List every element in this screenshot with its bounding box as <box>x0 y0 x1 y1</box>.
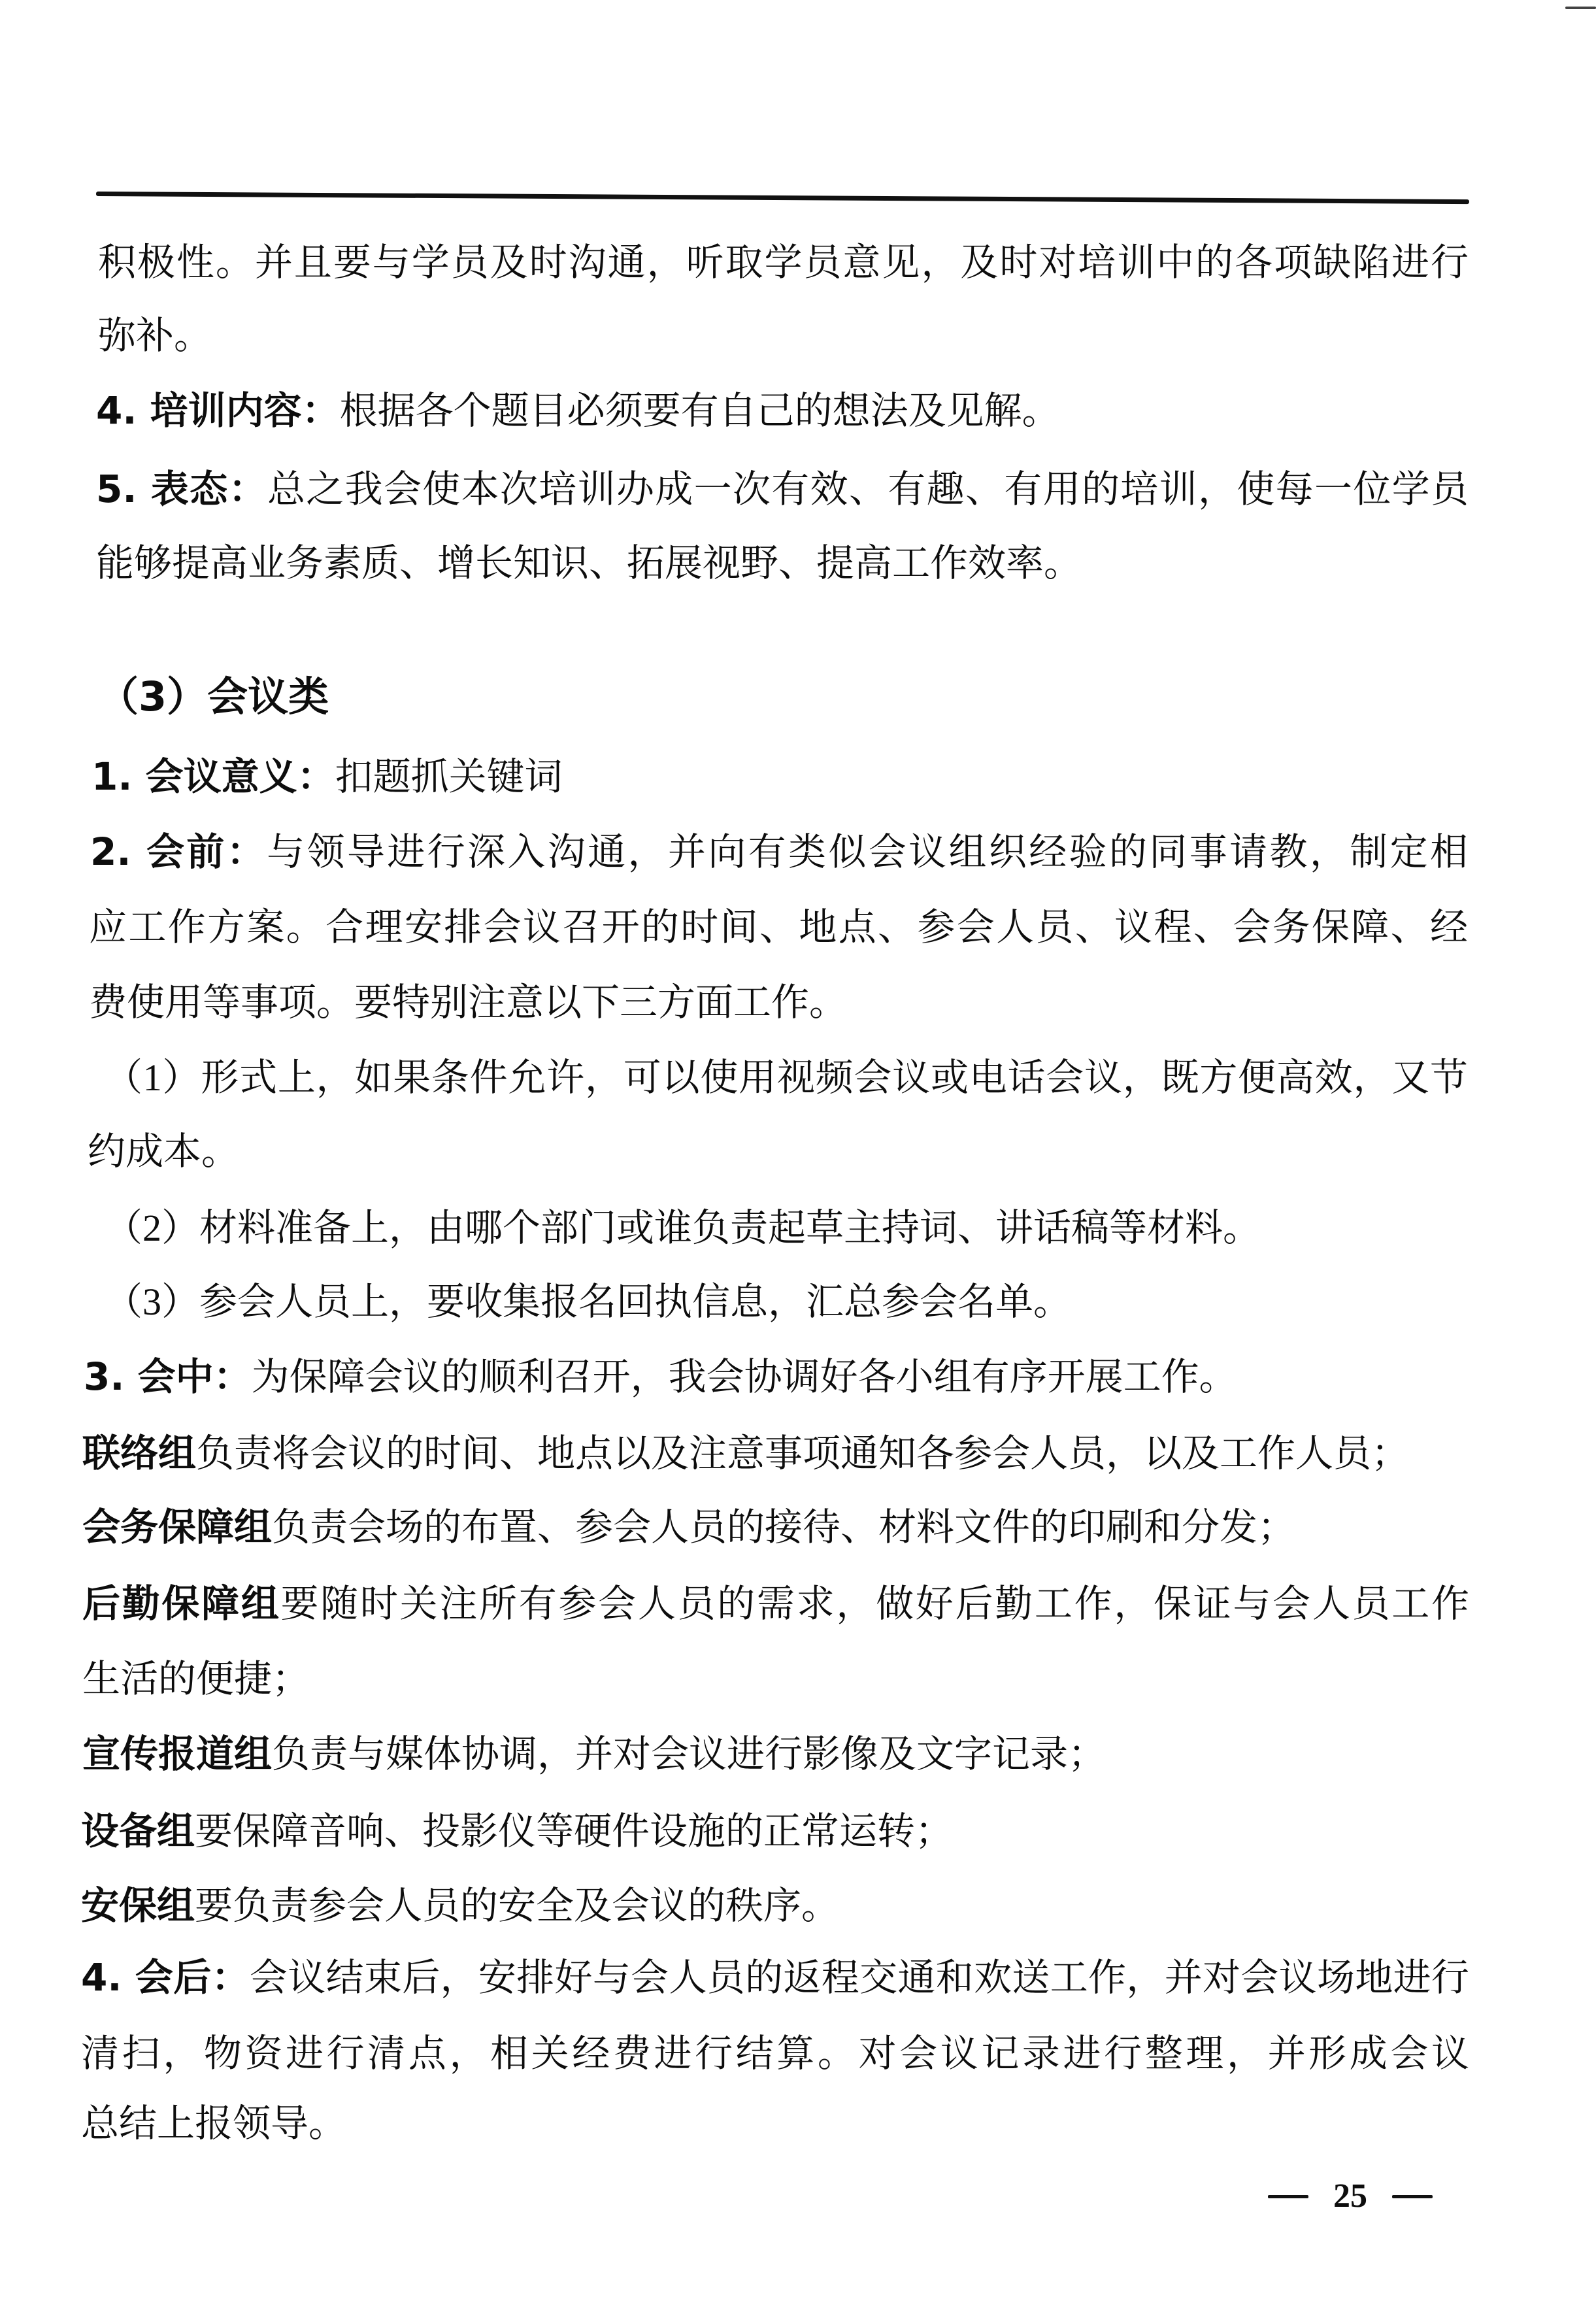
header-rule <box>96 192 1469 204</box>
sub-item-marker: （2） <box>105 1207 199 1249</box>
scan-artifact-mark <box>1565 7 1596 9</box>
post-meeting-line-3: 总结上报领导。 <box>81 2103 346 2143</box>
page-number: 25 <box>1268 2177 1433 2216</box>
item-text: 扣题抓关键词 <box>335 754 563 799</box>
continuation-line-1: 积极性。并且要与学员及时沟通，听取学员意见，及时对培训中的各项缺陷进行 <box>98 242 1469 282</box>
group-text: 负责与媒体协调，并对会议进行影像及文字记录； <box>272 1732 1106 1776</box>
sub-item-format-line-2: 约成本。 <box>88 1131 239 1171</box>
item-label: 3. 会中： <box>84 1354 252 1399</box>
item-text: 为保障会议的顺利召开，我会协调好各小组有序开展工作。 <box>252 1354 1237 1399</box>
group-equipment: 设备组要保障音响、投影仪等硬件设施的正常运转； <box>81 1811 953 1851</box>
sub-item-text: 参会人员上，要收集报名回执信息，汇总参会名单。 <box>199 1279 1071 1324</box>
sub-item-text: 材料准备上，由哪个部门或谁负责起草主持词、讲话稿等材料。 <box>199 1205 1261 1250</box>
page-number-value: 25 <box>1333 2177 1367 2216</box>
sub-item-marker: （3） <box>105 1281 199 1323</box>
group-name: 宣传报道组 <box>82 1732 272 1776</box>
group-name: 后勤保障组 <box>82 1581 281 1626</box>
group-liaison: 联络组负责将会议的时间、地点以及注意事项通知各参会人员，以及工作人员； <box>82 1433 1409 1473</box>
training-content-item: 4. 培训内容：根据各个题目必须要有自己的想法及见解。 <box>96 390 1060 431</box>
item-text: 与领导进行深入沟通，并向有类似会议组织经验的同事请教，制定相 <box>267 830 1468 874</box>
item-label: 2. 会前： <box>90 830 267 874</box>
post-meeting-line-2: 清扫，物资进行清点，相关经费进行结算。对会议记录进行整理，并形成会议 <box>81 2033 1469 2073</box>
group-text: 负责将会议的时间、地点以及注意事项通知各参会人员，以及工作人员； <box>196 1431 1409 1475</box>
sub-item-format-line-1: （1）形式上，如果条件允许，可以使用视频会议或电话会议，既方便高效，又节 <box>105 1057 1468 1098</box>
group-logistics-affairs: 会务保障组负责会场的布置、参会人员的接待、材料文件的印刷和分发； <box>82 1507 1295 1547</box>
group-text: 要随时关注所有参会人员的需求，做好后勤工作，保证与会人员工作 <box>281 1581 1469 1626</box>
post-meeting-line-1: 4. 会后：会议结束后，安排好与会人员的返程交通和欢送工作，并对会议场地进行 <box>81 1957 1469 1998</box>
item-label: 5. 表态： <box>96 467 267 511</box>
pre-meeting-line-2: 应工作方案。合理安排会议召开的时间、地点、参会人员、议程、会务保障、经 <box>89 907 1468 947</box>
group-support-line-1: 后勤保障组要随时关注所有参会人员的需求，做好后勤工作，保证与会人员工作 <box>82 1583 1469 1624</box>
during-meeting-item: 3. 会中：为保障会议的顺利召开，我会协调好各小组有序开展工作。 <box>84 1356 1237 1397</box>
section-heading: （3）会议类 <box>98 675 329 718</box>
continuation-line-2: 弥补。 <box>98 315 212 356</box>
group-name: 联络组 <box>82 1431 196 1475</box>
attitude-item-line-2: 能够提高业务素质、增长知识、拓展视野、提高工作效率。 <box>96 543 1082 583</box>
item-label: 4. 培训内容： <box>96 388 340 433</box>
group-text: 要保障音响、投影仪等硬件设施的正常运转； <box>195 1809 953 1853</box>
page-number-dash-left <box>1268 2195 1308 2198</box>
group-text: 要负责参会人员的安全及会议的秩序。 <box>195 1883 839 1928</box>
group-name: 会务保障组 <box>82 1505 272 1549</box>
item-text: 根据各个题目必须要有自己的想法及见解。 <box>340 388 1060 433</box>
pre-meeting-line-3: 费使用等事项。要特别注意以下三方面工作。 <box>89 982 847 1022</box>
group-text: 负责会场的布置、参会人员的接待、材料文件的印刷和分发； <box>272 1505 1295 1549</box>
group-support-line-2: 生活的便捷； <box>82 1658 310 1699</box>
pre-meeting-line-1: 2. 会前：与领导进行深入沟通，并向有类似会议组织经验的同事请教，制定相 <box>90 831 1468 872</box>
item-text: 会议结束后，安排好与会人员的返程交通和欢送工作，并对会议场地进行 <box>250 1955 1469 2000</box>
group-security: 安保组要负责参会人员的安全及会议的秩序。 <box>81 1885 839 1926</box>
group-name: 设备组 <box>81 1809 195 1853</box>
attitude-item-line-1: 5. 表态：总之我会使本次培训办成一次有效、有趣、有用的培训，使每一位学员 <box>96 469 1469 509</box>
item-text: 总之我会使本次培训办成一次有效、有趣、有用的培训，使每一位学员 <box>267 467 1469 511</box>
sub-item-marker: （1） <box>105 1056 201 1099</box>
page-number-dash-right <box>1392 2195 1433 2198</box>
sub-item-materials: （2）材料准备上，由哪个部门或谁负责起草主持词、讲话稿等材料。 <box>105 1207 1261 1248</box>
item-label: 1. 会议意义： <box>91 754 335 799</box>
sub-item-attendees: （3）参会人员上，要收集报名回执信息，汇总参会名单。 <box>105 1281 1071 1322</box>
item-label: 4. 会后： <box>81 1955 250 2000</box>
sub-item-text: 形式上，如果条件允许，可以使用视频会议或电话会议，既方便高效，又节 <box>201 1055 1468 1099</box>
group-name: 安保组 <box>81 1883 195 1928</box>
meeting-meaning-item: 1. 会议意义：扣题抓关键词 <box>91 756 563 797</box>
group-publicity: 宣传报道组负责与媒体协调，并对会议进行影像及文字记录； <box>82 1734 1106 1774</box>
